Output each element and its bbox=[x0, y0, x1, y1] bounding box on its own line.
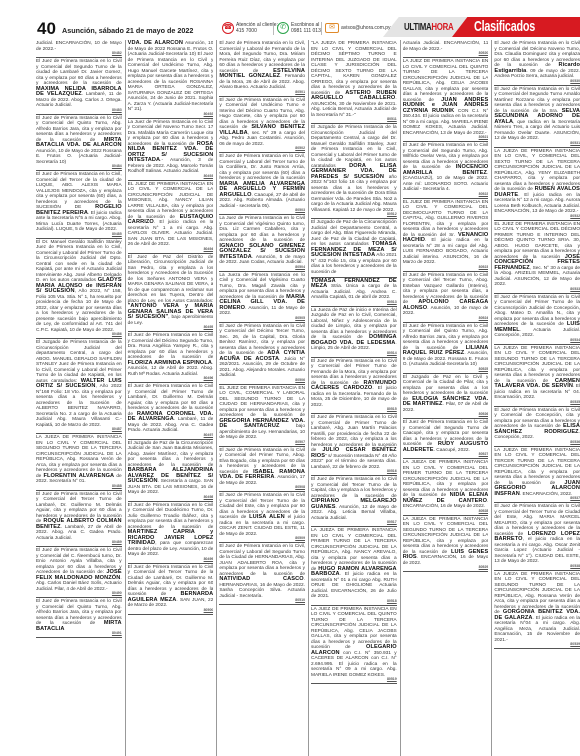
legal-notice: El Juez de Primera Instancia en lo Civil… bbox=[128, 564, 214, 615]
legal-notice: EL JUEZ DE PRIMERA INSTANCIA EN LO CIVIL… bbox=[128, 181, 214, 254]
notice-code: 80497 bbox=[128, 434, 214, 438]
legal-notice: El Juez de Primera Instancia en lo Civil… bbox=[128, 332, 214, 383]
notice-code: 80515 bbox=[311, 408, 397, 412]
legal-notice: El Juez de Primera Instancia en lo Civil… bbox=[403, 272, 489, 323]
legal-notice: La Jueza de Paz de inicio e Interina del… bbox=[311, 307, 397, 358]
notice-code: 80523 bbox=[403, 266, 489, 270]
notice-code: 80495 bbox=[128, 326, 214, 330]
legal-notice: Judicial. ENCARNACIÓN, 10 de Mayo de 202… bbox=[36, 40, 122, 58]
legal-notice: El Juez de Primera Instancia en lo Civil… bbox=[128, 383, 214, 440]
section-title: Clasificados bbox=[474, 18, 535, 35]
column-2: VDA. DE ALARCON Asunción, 10 de Mayo de … bbox=[125, 40, 214, 756]
legal-notice: La Juez de Primera Instancia en lo Civil… bbox=[219, 215, 305, 272]
notice-code: 80518 bbox=[311, 600, 397, 604]
email-address: avisos@uhora.com.py bbox=[341, 25, 391, 31]
notice-code: 80503 bbox=[219, 209, 305, 213]
notice-code: 80517 bbox=[311, 521, 397, 525]
legal-notice: LA JUEZA DE PRIMERA INSTANCIA EN LO CIVI… bbox=[403, 516, 489, 573]
legal-notice: El Juzgado de Primera Instancia de la Ci… bbox=[311, 124, 397, 219]
legal-notice: El Juez de Primera Instancia en lo Civil… bbox=[219, 447, 305, 493]
notice-text: El Juez de Primera Instancia en lo Civil… bbox=[219, 154, 305, 181]
legal-notice: El Juez de Primera Instancia en lo Civil… bbox=[36, 115, 122, 172]
legal-notice: LA JUEZA DE PRIMERA INSTANCIA EN LO CIVI… bbox=[403, 459, 489, 516]
notice-code: 80501 bbox=[219, 91, 305, 95]
whatsapp-number: 0981 111 013 bbox=[291, 28, 321, 34]
divider bbox=[321, 22, 322, 35]
phone-number: 415 7000 bbox=[236, 28, 257, 34]
divider bbox=[273, 22, 274, 35]
decedent-name: VDA. DE ALARCON bbox=[128, 40, 183, 46]
notice-text: Actuaria Judicial. ENCARNACIÓN, 11 de Ma… bbox=[403, 41, 489, 52]
notice-code: 80498 bbox=[128, 496, 214, 500]
legal-notice: La Juez de Primera Instancia en lo Civil… bbox=[128, 119, 214, 181]
notice-code: 80493 bbox=[128, 175, 214, 179]
legal-notice: "LA JUEZA DE PRIMERA INSTANCIA EN LO CIV… bbox=[311, 40, 397, 124]
notice-text: El Juez de Primera Instancia en lo Civil… bbox=[128, 333, 214, 360]
legal-notice: El Juez de Primera Instancia en lo Civil… bbox=[219, 492, 305, 543]
envelope-icon: ✉ bbox=[325, 23, 339, 33]
notice-code: 80512 bbox=[311, 213, 397, 217]
notice-code: 80535 bbox=[494, 401, 580, 405]
notice-code: 80536 bbox=[494, 441, 580, 445]
legal-notice: El Juez de Primera Instancia en lo Civil… bbox=[219, 153, 305, 215]
page-header: 40 Asunción, sábado 21 de mayo de 2022 ☎… bbox=[0, 0, 580, 38]
whatsapp-contact: ✆ Escribinos al0981 111 013 bbox=[277, 19, 321, 36]
notice-code: 80522 bbox=[403, 193, 489, 197]
decedent-name: FLORENTIN ALVARENGA bbox=[43, 473, 114, 479]
notice-text: Asunción, 10 de Mayo de 2022 Rossana E. … bbox=[128, 41, 214, 112]
phone-icon: ☎ bbox=[222, 22, 234, 34]
notice-text: El Juez de Primera Instancia en lo Civil… bbox=[36, 59, 122, 86]
notice-code: 80509 bbox=[219, 537, 305, 541]
classifieds-columns: Judicial. ENCARNACIÓN, 10 de Mayo de 202… bbox=[34, 40, 580, 756]
legal-notice: Actuaria Judicial. ENCARNACIÓN, 11 de Ma… bbox=[403, 40, 489, 58]
notice-code: 80532 bbox=[494, 215, 580, 219]
legal-notice: El Juez de Primera Instancia en lo Civil… bbox=[494, 86, 580, 148]
notice-code: 80489 bbox=[36, 541, 122, 545]
notice-code: 80506 bbox=[219, 379, 305, 383]
notice-code: 80502 bbox=[219, 147, 305, 151]
notice-code: 80486 bbox=[36, 333, 122, 337]
notice-code: 80513 bbox=[311, 301, 397, 305]
notice-code: 80500 bbox=[128, 609, 214, 613]
notice-code: 80537 bbox=[494, 497, 580, 501]
notice-code: 80530 bbox=[494, 80, 580, 84]
notice-code: 80534 bbox=[494, 339, 580, 343]
notice-text: El Juez de Primera Instancia en lo Civil… bbox=[128, 503, 214, 530]
notice-code: 80521 bbox=[403, 136, 489, 140]
column-1: Judicial. ENCARNACIÓN, 10 de Mayo de 202… bbox=[34, 40, 122, 756]
legal-notice: El Juez de Primera Instancia en lo Civil… bbox=[128, 502, 214, 564]
legal-notice: LA JUEZ DE PRIMERA INSTANCIA EN LO CIVIL… bbox=[403, 58, 489, 142]
legal-notice: El Juez de Paz del Distrito de Liberació… bbox=[128, 254, 214, 333]
notice-code: 80529 bbox=[403, 566, 489, 570]
legal-notice: El Juez de Primera Instancia en lo Civil… bbox=[36, 171, 122, 239]
legal-notice: LA JUEZA DE PRIMERA INSTANCIA EN LO CIVI… bbox=[494, 447, 580, 504]
notice-text: año 2022 N°163 folio 16 cita y emplaza p… bbox=[311, 175, 397, 213]
legal-notice: El Juez de Primera Instancia en lo Civil… bbox=[36, 491, 122, 548]
legal-notice: LA JUEZ DE PRIMERA INSTANCIA EN LO CIVIL… bbox=[311, 606, 397, 685]
notice-code: 80492 bbox=[128, 113, 214, 117]
notice-code: 80519 bbox=[311, 678, 397, 682]
notice-code: 80485 bbox=[36, 233, 122, 237]
legal-notice: LA JUEZA DE PRIMERA INSTANCIA EN LO CIVI… bbox=[494, 148, 580, 221]
notice-code: 80487 bbox=[36, 428, 122, 432]
legal-notice: LA JUEZA DE PRIMERA INSTANCIA EN LO CIVI… bbox=[494, 345, 580, 407]
page-number: 40 bbox=[37, 22, 56, 36]
decedent-name: FLORIZA ARMINDA ESPINOLA bbox=[128, 360, 212, 366]
legal-notice: El Juez de Primera Instancia en lo Civil… bbox=[494, 503, 580, 571]
legal-notice: EL JUEZ DE PRIMERA INSTANCIA EN LO CIVIL… bbox=[219, 385, 305, 447]
legal-notice: VDA. DE ALARCON Asunción, 10 de Mayo de … bbox=[128, 40, 214, 119]
customer-service-contact: ☎ Atención al cliente:415 7000 bbox=[222, 19, 278, 36]
column-6: El Juez de Primera Instancia en lo Civil… bbox=[491, 40, 580, 756]
notice-code: 80533 bbox=[494, 288, 580, 292]
notice-text: , Año 2022, N° 158, Folio 105 Vta. Stia.… bbox=[36, 289, 122, 333]
notice-code: 80520 bbox=[403, 52, 489, 56]
legal-notice: El Juez de Primera Instancia en lo Civil… bbox=[219, 97, 305, 154]
notice-code: 80526 bbox=[403, 413, 489, 417]
notice-code: 80507 bbox=[219, 441, 305, 445]
legal-notice: EL JUEZ DE PRIMERA INSTANCIA EN LO CIVIL… bbox=[403, 199, 489, 272]
legal-notice: El Juzgado de Paz de la Circunscripción … bbox=[311, 219, 397, 278]
notice-code: 80528 bbox=[403, 510, 489, 514]
legal-notice: TOMASA FERNANDEZ DE MEZA Stria. Única a … bbox=[311, 278, 397, 307]
notice-text: , Año 2022 N°168 Folio: 18 Vto. cita y e… bbox=[36, 384, 122, 428]
notice-text: "LA JUEZA DE PRIMERA INSTANCIA EN LO CIV… bbox=[311, 41, 397, 96]
legal-notice: LA JUEZA DE PRIMERA INSTANCIA EN LO CIVI… bbox=[494, 571, 580, 650]
legal-notice: El Juez de Primera Instancia en lo Civil… bbox=[219, 323, 305, 385]
column-5: Actuaria Judicial. ENCARNACIÓN, 11 de Ma… bbox=[400, 40, 489, 756]
legal-notice: El Juez de Primera Instancia en lo Civil… bbox=[403, 323, 489, 374]
notice-code: 80510 bbox=[219, 599, 305, 603]
notice-code: 80488 bbox=[36, 485, 122, 489]
legal-notice: EL JUEZ DE PRIMERA INSTANCIA EN LO CIVIL… bbox=[494, 221, 580, 294]
notice-code: 80538 bbox=[494, 565, 580, 569]
legal-notice: El Juez de Primera Instancia en lo Civil… bbox=[494, 294, 580, 345]
legal-notice: El Juez de Primera Instancia en lo Civil… bbox=[219, 543, 305, 605]
notice-text: . Caacupé, 2022. bbox=[434, 448, 470, 453]
notice-text: . ENCARNACIÓN, 2022. bbox=[520, 492, 572, 497]
legal-notice: LA JUEZA DE PRIMERA INSTANCIA EN LO CIVI… bbox=[311, 527, 397, 606]
notice-text: El Juez de Primera Instancia en lo Civil… bbox=[311, 477, 397, 499]
notice-text: EL JUEZ DE PRIMERA INSTANCIA EN LO CIVIL… bbox=[219, 386, 305, 419]
notice-code: 80514 bbox=[311, 352, 397, 356]
legal-notice: El Juez de Primera Instancia en lo Civil… bbox=[494, 40, 580, 86]
notice-code: 80539 bbox=[494, 643, 580, 647]
legal-notice: El Juzgado de Paz de la Circunscripción … bbox=[128, 440, 214, 502]
legal-notice: El Juez de Primera Instancia en lo Civil… bbox=[219, 40, 305, 97]
notice-code: 80525 bbox=[403, 368, 489, 372]
legal-notice: El Juez de Primera Instancia en lo Civil… bbox=[36, 547, 122, 598]
notice-code: 80508 bbox=[219, 486, 305, 490]
column-4: "LA JUEZA DE PRIMERA INSTANCIA EN LO CIV… bbox=[308, 40, 397, 756]
section-banner: Clasificados bbox=[452, 17, 580, 37]
notice-code: 80524 bbox=[403, 317, 489, 321]
notice-code: 80483 bbox=[36, 109, 122, 113]
legal-notice: El Juez de Primera Instancia en lo Civil… bbox=[403, 142, 489, 199]
ultimahora-logo: ULTIMAHORA bbox=[404, 21, 453, 33]
page-date: Asunción, sábado 21 de mayo de 2022 bbox=[62, 26, 193, 35]
notice-code: 80531 bbox=[494, 142, 580, 146]
notice-text: Judicial. ENCARNACIÓN, 10 de Mayo de 202… bbox=[36, 41, 122, 52]
notice-code: 80505 bbox=[219, 317, 305, 321]
notice-code: 80491 bbox=[36, 632, 122, 636]
notice-text: La Juez de Primera Instancia en lo Civil… bbox=[219, 216, 305, 243]
decedent-name: NATIVIDAD CASCO bbox=[219, 576, 303, 582]
whatsapp-icon: ✆ bbox=[277, 22, 289, 34]
notice-text: El Juzgado de Paz de la Circunscripción … bbox=[128, 441, 214, 468]
legal-notice: El Juez de Primera Instancia en lo Civil… bbox=[36, 598, 122, 638]
legal-notice: El Juez de Primera Instancia en lo Civil… bbox=[36, 58, 122, 115]
legal-notice: El Juzgado de Paz en lo Civil y Comercia… bbox=[403, 374, 489, 420]
legal-notice: El Dr. Manuel Geraldo Saifildin Stanley … bbox=[36, 239, 122, 340]
notice-text: Asunción, 10 de Mayo de 2022 Rossana E. … bbox=[36, 149, 122, 165]
column-3: El Juez de Primera Instancia en lo Civil… bbox=[216, 40, 305, 756]
legal-notice: El Juez de Primera Instancia en lo Civil… bbox=[311, 358, 397, 415]
legal-notice: El Juez de Primera Instancia en lo Civil… bbox=[403, 419, 489, 459]
notice-text: El Juez de Paz del Distrito de Liberació… bbox=[128, 255, 214, 304]
notice-code: 80484 bbox=[36, 165, 122, 169]
legal-notice: El Juez de Primera Instancia en lo Civil… bbox=[311, 414, 397, 476]
notice-text: El Juez de Primera Instancia en lo Civil… bbox=[219, 544, 305, 577]
notice-code: 80516 bbox=[311, 470, 397, 474]
notice-code: 80511 bbox=[311, 118, 397, 122]
legal-notice: LA JUEZA DE PRIMERA INSTANCIA EN LO CIVI… bbox=[36, 434, 122, 491]
email-contact: ✉ avisos@uhora.com.py bbox=[325, 19, 391, 36]
legal-notice: El Juez de Primera Instancia en lo Civil… bbox=[311, 476, 397, 527]
notice-code: 80527 bbox=[403, 453, 489, 457]
legal-notice: La Jueza de Primera Instancia en lo Civi… bbox=[219, 272, 305, 323]
notice-code: 80496 bbox=[128, 377, 214, 381]
notice-code: 80482 bbox=[36, 52, 122, 56]
notice-code: 80499 bbox=[128, 558, 214, 562]
notice-code: 80490 bbox=[36, 592, 122, 596]
decedent-name: LUISA ALEN bbox=[249, 514, 285, 520]
notice-code: 80504 bbox=[219, 266, 305, 270]
legal-notice: El Juez de Primera Instancia en lo Civil… bbox=[494, 407, 580, 447]
legal-notice: El Juzgado de Primera Instancia de la Ci… bbox=[36, 339, 122, 434]
notice-code: 80494 bbox=[128, 248, 214, 252]
